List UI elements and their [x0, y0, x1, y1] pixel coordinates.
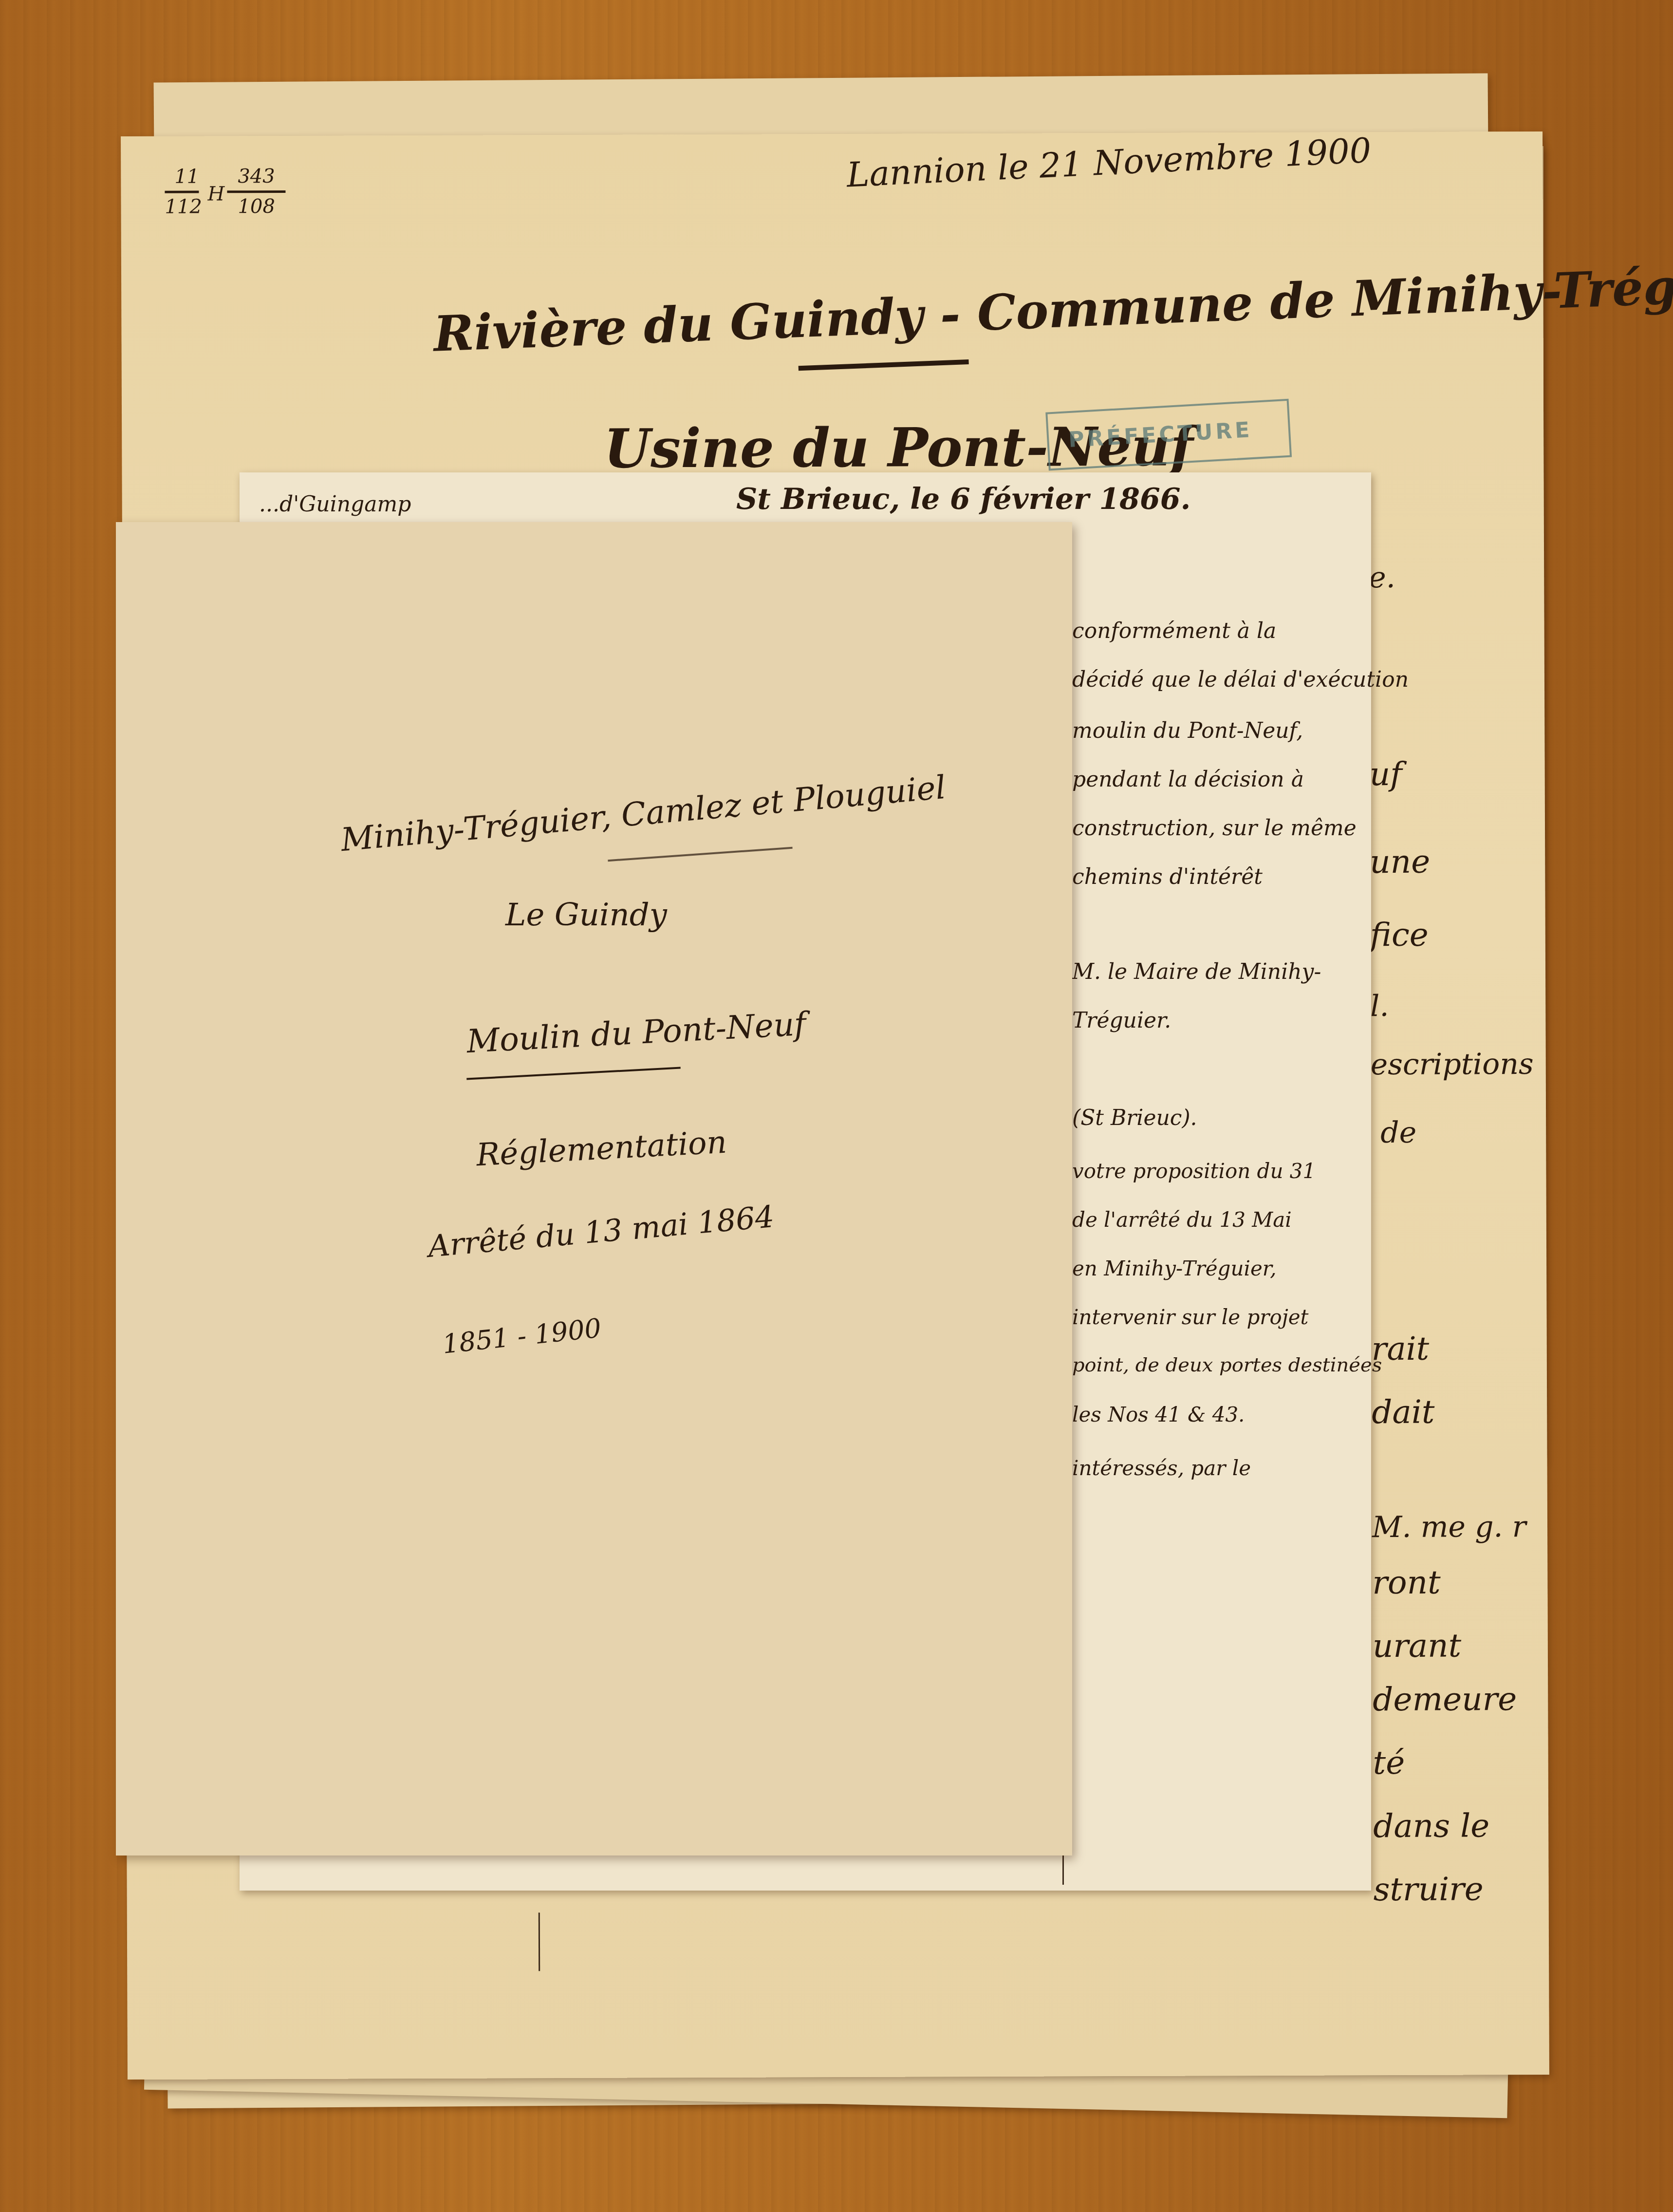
archive-folder-cover: Minihy-Tréguier, Camlez et Plouguiel Le …: [116, 522, 1072, 1856]
letter-line: point, de deux portes destinées: [1072, 1354, 1382, 1376]
folder-mill: Moulin du Pont-Neuf: [465, 1005, 807, 1060]
text-fragment: demeure: [1373, 1680, 1517, 1718]
document-title: Rivière du Guindy - Commune de Minihy-Tr…: [432, 253, 1673, 363]
text-fragment: dait: [1372, 1393, 1435, 1431]
right-edge-text-column: e. uf une fice l. escriptions de rait da…: [1369, 560, 1549, 2022]
text-fragment: struire: [1373, 1870, 1483, 1908]
text-fragment: l.: [1370, 989, 1389, 1023]
letter-line: pendant la décision à: [1072, 767, 1304, 792]
folder-river: Le Guindy: [505, 897, 667, 933]
text-fragment: une: [1370, 843, 1430, 881]
text-fragment: e.: [1369, 561, 1395, 595]
letter-line: intervenir sur le projet: [1072, 1305, 1308, 1329]
letter-line: (St Brieuc).: [1072, 1106, 1197, 1130]
fraction-bar: [165, 191, 199, 193]
fraction-bar: [227, 190, 285, 193]
archive-ref-top-left: 11: [174, 166, 199, 188]
folder-date-range: 1851 - 1900: [441, 1312, 603, 1360]
letter-body: conformément à la décidé que le délai d'…: [1067, 619, 1369, 1836]
letter-line: décidé que le délai d'exécution: [1072, 667, 1409, 692]
text-fragment: de: [1380, 1116, 1416, 1150]
folder-communes: Minihy-Tréguier, Camlez et Plouguiel: [339, 769, 948, 859]
folder-subject: Réglementation: [475, 1125, 727, 1174]
archive-reference: 11 112 H 343 108: [165, 165, 311, 234]
mill-underline: [466, 1067, 681, 1080]
text-fragment: urant: [1373, 1627, 1462, 1665]
margin-line: [539, 1912, 540, 1971]
text-fragment: dans le: [1373, 1807, 1489, 1845]
letter-line: Tréguier.: [1072, 1008, 1171, 1033]
letter-line: moulin du Pont-Neuf,: [1072, 718, 1303, 743]
text-fragment: té: [1373, 1744, 1405, 1781]
text-fragment: M. me g. r: [1372, 1510, 1526, 1544]
place-date: Lannion le 21 Novembre 1900: [846, 131, 1372, 195]
header-left: ...d'Guingamp: [259, 492, 411, 517]
letter-line: les Nos 41 & 43.: [1072, 1403, 1245, 1426]
text-fragment: uf: [1369, 755, 1402, 793]
text-fragment: ront: [1372, 1564, 1441, 1601]
letter-line: intéressés, par le: [1072, 1456, 1251, 1480]
archive-ref-bottom-left: 112: [165, 196, 202, 218]
communes-underline: [608, 847, 792, 862]
prefecture-stamp: PRÉFECTURE: [1045, 399, 1292, 471]
letter-line: de l'arrêté du 13 Mai: [1072, 1208, 1292, 1232]
letter-line: chemins d'intérêt: [1072, 864, 1263, 889]
place-date: St Brieuc, le 6 février 1866.: [736, 482, 1190, 516]
letter-line: votre proposition du 31: [1072, 1159, 1316, 1183]
letter-line: en Minihy-Tréguier,: [1072, 1256, 1277, 1280]
archive-ref-top-right: 343: [238, 165, 275, 187]
text-fragment: escriptions: [1371, 1047, 1534, 1082]
title-underline: [799, 359, 969, 371]
folder-decree: Arrêté du 13 mai 1864: [427, 1199, 776, 1264]
letter-line: M. le Maire de Minihy-: [1072, 959, 1321, 984]
archive-ref-bottom-right: 108: [238, 195, 275, 218]
archive-ref-series: H: [207, 183, 224, 205]
letter-line: conformément à la: [1072, 619, 1276, 643]
text-fragment: fice: [1370, 916, 1429, 954]
letter-line: construction, sur le même: [1072, 816, 1357, 841]
